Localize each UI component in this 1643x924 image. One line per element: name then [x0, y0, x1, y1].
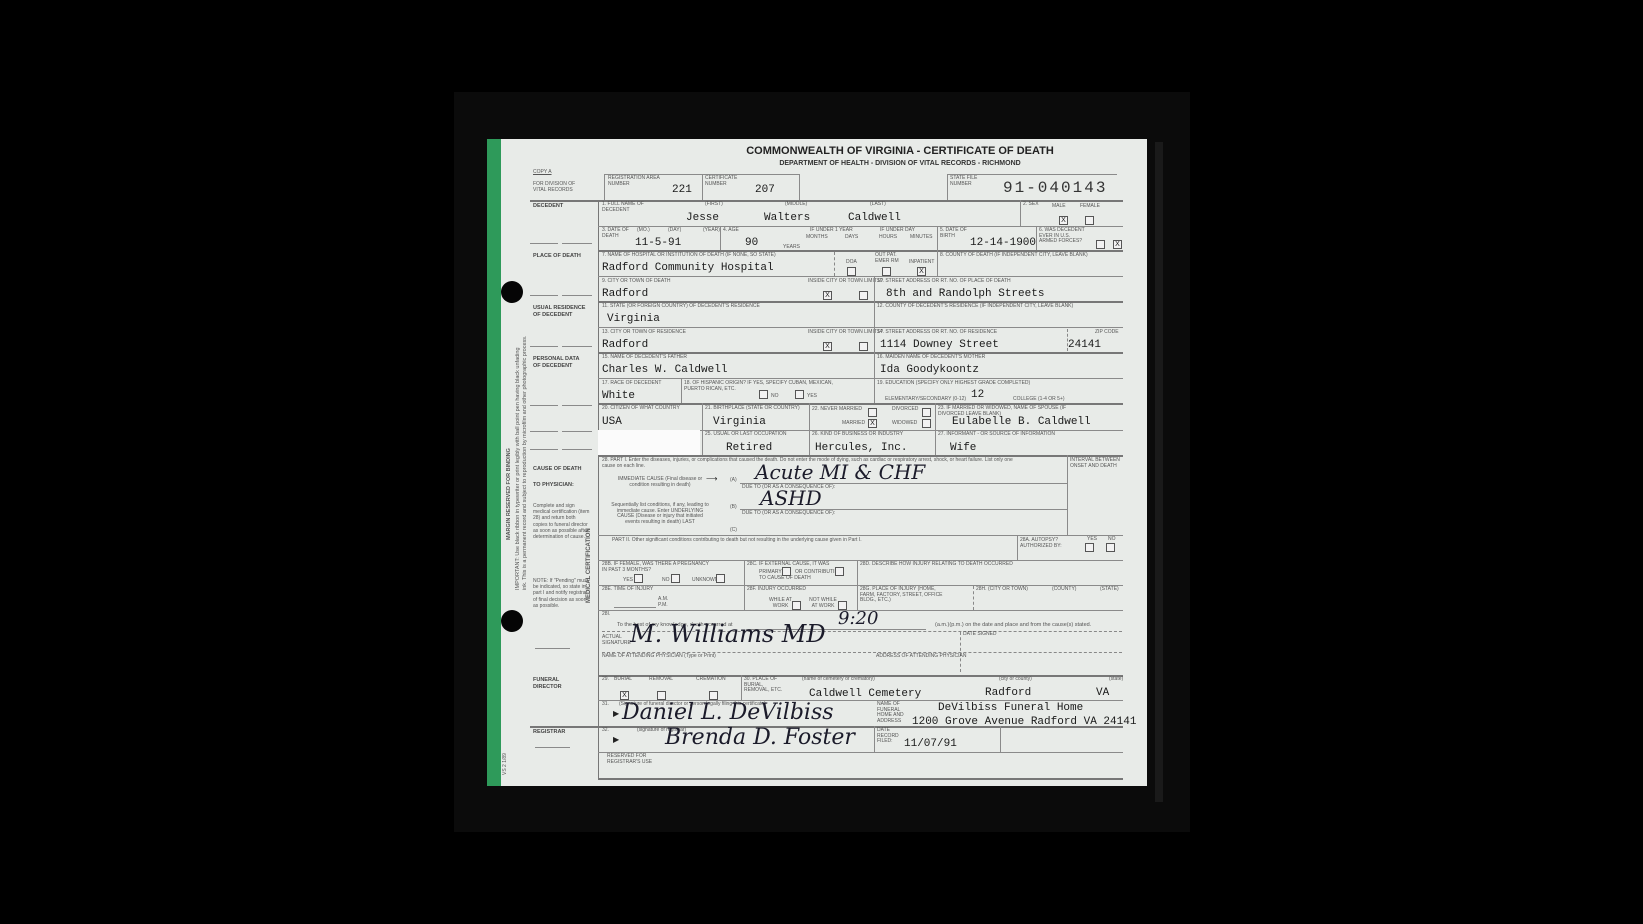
certificate-title: COMMONWEALTH OF VIRGINIA - CERTIFICATE O…	[690, 145, 1110, 157]
pregnancy-label: 28b. IF FEMALE, WAS THERE A PREGNANCY IN…	[602, 562, 712, 573]
certificate-number-label: CERTIFICATE NUMBER	[705, 176, 745, 187]
occupation-label: 25. USUAL OR LAST OCCUPATION	[705, 432, 787, 438]
county-residence-label: 12. COUNTY OF DECEDENT'S RESIDENCE (if i…	[877, 304, 1073, 310]
reserved-label: RESERVED FOR REGISTRAR'S USE	[607, 754, 662, 765]
funeral-home-label: NAME OF FUNERAL HOME AND ADDRESS	[877, 702, 915, 724]
hours-label: hours	[879, 235, 897, 241]
divider	[874, 352, 875, 378]
physician-signature: M. Williams MD	[630, 620, 826, 648]
street-of-residence: 1114 Downey Street	[880, 339, 999, 351]
mother-label: 16. MAIDEN NAME OF DECEDENT'S MOTHER	[877, 355, 985, 361]
zip-code: 24141	[1068, 339, 1101, 351]
divider	[1000, 726, 1001, 752]
burial-checkbox[interactable]: X	[620, 691, 629, 700]
death-inside-no-checkbox[interactable]	[859, 291, 868, 300]
certificate-number: 207	[755, 184, 775, 196]
days-label: days	[845, 235, 858, 241]
college-label: College (1-4 or 5+)	[1013, 397, 1065, 403]
form-code: VS 2 1/89	[502, 753, 508, 775]
while-at-work-label: while at work	[768, 598, 793, 609]
divider	[1036, 226, 1037, 251]
divider	[799, 174, 800, 201]
hospital-name: Radford Community Hospital	[602, 262, 774, 274]
divider	[937, 226, 938, 251]
cremation-checkbox[interactable]	[709, 691, 718, 700]
binding-margin-notice: MARGIN RESERVED FOR BINDING IMPORTANT: U…	[498, 330, 554, 600]
divider	[834, 252, 835, 276]
physician-instructions: Complete and sign medical certification …	[533, 503, 591, 540]
arrow-right-icon: ⟶	[706, 474, 717, 483]
divider	[535, 648, 570, 649]
divider	[562, 243, 592, 244]
margin-note-2: ink. This is a permanent record and subj…	[522, 335, 528, 590]
residence-inside-yes-checkbox[interactable]: X	[823, 342, 832, 351]
divider	[598, 378, 1123, 379]
race-label: 17. RACE OF DECEDENT	[602, 381, 661, 387]
street-of-death: 8th and Randolph Streets	[886, 288, 1044, 300]
pregnancy-no-checkbox[interactable]	[671, 574, 680, 583]
registrar-number: 32.	[602, 728, 609, 734]
birthplace-label: 21. BIRTHPLACE (state or country)	[705, 406, 800, 412]
section-funeral-director: FUNERAL DIRECTOR	[533, 677, 583, 691]
divider	[973, 586, 974, 610]
male-label: male	[1052, 204, 1066, 210]
divider	[598, 327, 1123, 328]
physician-name-label: NAME OF ATTENDING PHYSICIAN (Type or Pri…	[602, 654, 716, 660]
sequential-causes-label: Sequentially list conditions, if any, le…	[610, 503, 710, 525]
date-of-birth: 12-14-1900	[970, 237, 1036, 249]
divider	[874, 327, 875, 352]
divider	[530, 449, 558, 450]
hispanic-no-checkbox[interactable]	[759, 390, 768, 399]
disposition-number: 29.	[602, 677, 609, 683]
sex-label: 2. SEX	[1023, 202, 1039, 208]
city-injury-label: 28h. (city or town)	[976, 587, 1028, 593]
divider	[598, 752, 1123, 753]
inside-limits-label: inside city or town limits?	[808, 330, 883, 336]
divider	[702, 174, 703, 201]
removal-label: REMOVAL	[649, 677, 673, 683]
last-name: Caldwell	[848, 212, 901, 224]
pregnancy-unknown-checkbox[interactable]	[716, 574, 725, 583]
under-1-year-label: IF UNDER 1 YEAR	[810, 228, 853, 234]
divider	[614, 607, 656, 608]
yes-label: yes	[807, 394, 817, 400]
education-label: 19. EDUCATION (Specify only highest grad…	[877, 381, 1030, 387]
contributing-checkbox[interactable]	[835, 567, 844, 576]
county-injury-label: (county)	[1052, 587, 1076, 593]
residence-inside-no-checkbox[interactable]	[859, 342, 868, 351]
not-at-work-label: not while at work	[808, 598, 838, 609]
divider	[530, 431, 558, 432]
funeral-home-name: DeVilbiss Funeral Home	[938, 702, 1083, 714]
married-checkbox[interactable]: X	[868, 419, 877, 428]
divider	[947, 174, 948, 201]
under-1-day-label: IF UNDER DAY	[880, 228, 915, 234]
birthplace: Virginia	[713, 416, 766, 428]
sex-male-checkbox[interactable]: X	[1059, 216, 1068, 225]
section-personal-data: PERSONAL DATA OF DECEDENT	[533, 356, 583, 370]
street-of-death-label: 10. STREET ADDRESS OR RT. NO. OF PLACE O…	[877, 279, 1011, 285]
state-residence-label: 11. STATE (OR FOREIGN COUNTRY) OF DECEDE…	[602, 304, 760, 310]
outpatient-checkbox[interactable]	[882, 267, 891, 276]
race: White	[602, 390, 635, 402]
citizen-label: 20. CITIZEN OF WHAT COUNTRY	[602, 406, 680, 412]
for-division-label: FOR DIVISION OF VITAL RECORDS	[533, 182, 583, 193]
cemetery-name: Caldwell Cemetery	[809, 688, 921, 700]
divider	[562, 405, 592, 406]
citizenship: USA	[602, 416, 622, 428]
pm-label: P.M.	[658, 603, 668, 609]
time-of-death-handwritten: 9:20	[838, 608, 878, 629]
cemetery-label: (name of cemetery or crematory)	[802, 677, 875, 683]
divider	[535, 747, 570, 748]
divider	[702, 403, 703, 455]
to-cause-label: TO CAUSE OF DEATH	[759, 576, 811, 582]
informant: Wife	[950, 442, 976, 454]
outpatient-label: Out Pat. Emer Rm	[875, 253, 900, 264]
divider	[598, 276, 1123, 277]
date-record-filed: 11/07/91	[904, 738, 957, 750]
line-a-label: (A)	[730, 478, 737, 484]
state-injury-label: (state)	[1100, 587, 1119, 593]
industry: Hercules, Inc.	[815, 442, 907, 454]
hispanic-yes-checkbox[interactable]	[795, 390, 804, 399]
redacted-ssn-area	[598, 430, 700, 455]
day-label: (day)	[668, 228, 681, 234]
informant-label: 27. INFORMANT - OR SOURCE OF INFORMATION	[938, 432, 1055, 438]
registration-area-label: REGISTRATION AREA NUMBER	[608, 176, 668, 187]
last-label: (last)	[870, 202, 886, 208]
date-of-death: 11-5-91	[635, 237, 681, 249]
never-married-checkbox[interactable]	[868, 408, 877, 417]
certify-number: 28i.	[602, 612, 610, 618]
divider	[874, 726, 875, 752]
autopsy-no-checkbox[interactable]	[1106, 543, 1115, 552]
autopsy-yes-checkbox[interactable]	[1085, 543, 1094, 552]
cause-b-handwritten: ASHD	[760, 486, 822, 510]
autopsy-label: 28a. AUTOPSY? AUTHORIZED BY:	[1020, 538, 1075, 549]
pregnancy-no-label: no	[662, 578, 670, 584]
section-registrar: REGISTRAR	[533, 729, 565, 736]
copy-label: COPY A	[533, 170, 552, 176]
autopsy-yes-label: yes	[1087, 537, 1097, 543]
divider	[935, 403, 936, 455]
death-inside-yes-checkbox[interactable]: X	[823, 291, 832, 300]
no-label: no	[771, 394, 779, 400]
widowed-label: WIDOWED	[892, 421, 917, 427]
county-of-death-label: 8. COUNTY OF DEATH (if independent city,…	[940, 253, 1088, 259]
year-label: (year)	[703, 228, 720, 234]
certificate-subtitle: DEPARTMENT OF HEALTH - DIVISION OF VITAL…	[690, 160, 1110, 167]
married-label: MARRIED	[842, 421, 865, 427]
pregnancy-yes-checkbox[interactable]	[634, 574, 643, 583]
divider	[530, 243, 558, 244]
city-of-residence: Radford	[602, 339, 648, 351]
place-of-burial-label: 30. PLACE OF BURIAL, REMOVAL, ETC.	[744, 677, 784, 694]
months-label: months	[806, 235, 828, 241]
divider	[937, 250, 938, 276]
divider	[598, 778, 1123, 780]
divider	[874, 301, 875, 327]
armed-forces-label: 6. WAS DECEDENT EVER IN U.S. ARMED FORCE…	[1039, 228, 1089, 245]
scan-edge	[1155, 142, 1163, 802]
inpatient-checkbox[interactable]: X	[917, 267, 926, 276]
section-place-of-death: PLACE OF DEATH	[533, 253, 583, 260]
divider	[809, 403, 810, 455]
divider	[720, 226, 721, 251]
date-of-death-label: 3. DATE OF DEATH	[602, 228, 632, 239]
pregnancy-unknown-label: unknown	[692, 578, 718, 584]
divorced-label: DIVORCED	[892, 407, 918, 413]
divider	[562, 295, 592, 296]
registration-area-number: 221	[672, 184, 692, 196]
registrar-signature: Brenda D. Foster	[665, 725, 855, 750]
divider	[1067, 455, 1068, 535]
occupation: Retired	[726, 442, 772, 454]
interval-label: INTERVAL BETWEEN ONSET AND DEATH	[1070, 458, 1120, 469]
section-decedent: DECEDENT	[533, 203, 563, 210]
divorced-checkbox[interactable]	[922, 408, 931, 417]
margin-note-1: IMPORTANT: Use black ribbon in typewrite…	[515, 347, 521, 590]
time-of-injury-label: 28e. TIME OF INJURY	[602, 587, 653, 593]
age-label: 4. AGE	[723, 228, 739, 234]
spouse-name: Eulabelle B. Caldwell	[952, 416, 1091, 428]
line-c-label: (C)	[730, 528, 737, 534]
divider	[741, 675, 742, 700]
state-label: (state)	[1109, 677, 1123, 683]
divider	[1020, 200, 1021, 226]
divider	[530, 405, 558, 406]
armed-yes-checkbox[interactable]	[1096, 240, 1105, 249]
inpatient-label: Inpatient	[909, 260, 934, 266]
divider	[598, 200, 599, 780]
pending-note: NOTE: If "Pending" must be indicated, so…	[533, 578, 591, 609]
divider	[562, 449, 592, 450]
divider	[562, 431, 592, 432]
widowed-checkbox[interactable]	[922, 419, 931, 428]
cemetery-state: VA	[1096, 687, 1109, 699]
industry-label: 26. KIND OF BUSINESS OR INDUSTRY	[812, 432, 903, 438]
due-to-label-b: DUE TO (OR AS A CONSEQUENCE OF):	[742, 511, 835, 517]
female-label: female	[1080, 204, 1100, 210]
director-signature-number: 31.	[602, 702, 609, 708]
divider	[530, 346, 558, 347]
actual-signature-label: ACTUAL SIGNATURE	[602, 635, 627, 646]
first-label: (first)	[705, 202, 723, 208]
first-name: Jesse	[686, 212, 719, 224]
describe-injury-label: 28d. DESCRIBE HOW INJURY RELATING TO DEA…	[860, 562, 1013, 568]
medical-certification-label: MEDICAL CERTIFICATION	[587, 528, 593, 603]
middle-name: Walters	[764, 212, 810, 224]
mo-label: (mo.)	[637, 228, 650, 234]
divider	[604, 174, 605, 201]
doa-label: DOA	[846, 260, 857, 266]
removal-checkbox[interactable]	[657, 691, 666, 700]
city-of-death: Radford	[602, 288, 648, 300]
immediate-cause-label: IMMEDIATE CAUSE (Final disease or condit…	[610, 477, 710, 488]
middle-label: (middle)	[785, 202, 807, 208]
state-file-number: 91-040143	[1003, 179, 1107, 197]
divider	[874, 276, 875, 302]
punch-hole-bottom	[501, 610, 523, 632]
date-of-birth-label: 5. DATE OF BIRTH	[940, 228, 970, 239]
play-arrow-icon: ▶	[613, 735, 619, 744]
part-2-label: PART II. Other significant conditions co…	[612, 538, 862, 544]
city-county-label: (city or county)	[999, 677, 1032, 683]
father-name: Charles W. Caldwell	[602, 364, 727, 376]
section-to-physician: TO PHYSICIAN:	[533, 482, 583, 489]
certify-suffix: (a.m.)(p.m.) on the date and place and f…	[935, 623, 1091, 629]
cremation-label: CREMATION	[696, 677, 726, 683]
cemetery-city: Radford	[985, 687, 1031, 699]
state-of-residence: Virginia	[607, 313, 660, 325]
divider	[681, 378, 682, 403]
city-residence-label: 13. CITY OR TOWN OF RESIDENCE	[602, 330, 686, 336]
punch-hole-top	[501, 281, 523, 303]
zip-label: ZIP CODE	[1095, 330, 1119, 336]
autopsy-no-label: no	[1108, 537, 1116, 543]
margin-title: MARGIN RESERVED FOR BINDING	[506, 448, 512, 540]
age: 90	[745, 237, 758, 249]
elementary-label: Elementary/Secondary (0-12)	[885, 397, 966, 403]
state-file-label: STATE FILE NUMBER	[950, 176, 990, 187]
place-of-injury-label: 28g. PLACE OF INJURY (home, farm, factor…	[860, 587, 950, 604]
divider	[598, 535, 1123, 536]
father-label: 15. NAME OF DECEDENT'S FATHER	[602, 355, 687, 361]
name-label: 1. FULL NAME OF DECEDENT	[602, 202, 652, 213]
cause-a-handwritten: Acute MI & CHF	[755, 460, 925, 484]
director-signature: Daniel L. DeVilbiss	[622, 700, 834, 725]
street-residence-label: 14. STREET ADDRESS OR RT. NO. OF RESIDEN…	[877, 330, 997, 336]
divider	[562, 346, 592, 347]
divider	[874, 378, 875, 403]
sex-female-checkbox[interactable]	[1085, 216, 1094, 225]
burial-label: BURIAL	[614, 677, 632, 683]
play-arrow-icon: ▶	[613, 709, 619, 718]
never-married-label: 22. NEVER MARRIED	[812, 407, 862, 413]
hospital-label: 7. NAME OF HOSPITAL OR INSTITUTION OF DE…	[602, 253, 776, 259]
armed-no-checkbox[interactable]: X	[1113, 240, 1122, 249]
section-cause-of-death: CAUSE OF DEATH	[533, 466, 581, 473]
pregnancy-yes-label: yes	[623, 578, 633, 584]
divider	[530, 295, 558, 296]
section-usual-residence: USUAL RESIDENCE OF DECEDENT	[533, 305, 588, 319]
while-at-work-checkbox[interactable]	[792, 601, 801, 610]
city-of-death-label: 9. CITY OR TOWN OF DEATH	[602, 279, 671, 285]
education-elementary: 12	[971, 389, 984, 401]
date-signed-label: DATE SIGNED	[963, 632, 997, 638]
mother-maiden-name: Ida Goodykoontz	[880, 364, 979, 376]
inside-limits-label: inside city or town limits?	[808, 279, 883, 285]
doa-checkbox[interactable]	[847, 267, 856, 276]
injury-occurred-label: 28f. INJURY OCCURRED	[747, 587, 806, 593]
line-b-label: (B)	[730, 505, 737, 511]
divider	[1017, 535, 1018, 560]
minutes-label: minutes	[910, 235, 933, 241]
physician-address-label: ADDRESS OF ATTENDING PHYSICIAN	[876, 654, 966, 660]
